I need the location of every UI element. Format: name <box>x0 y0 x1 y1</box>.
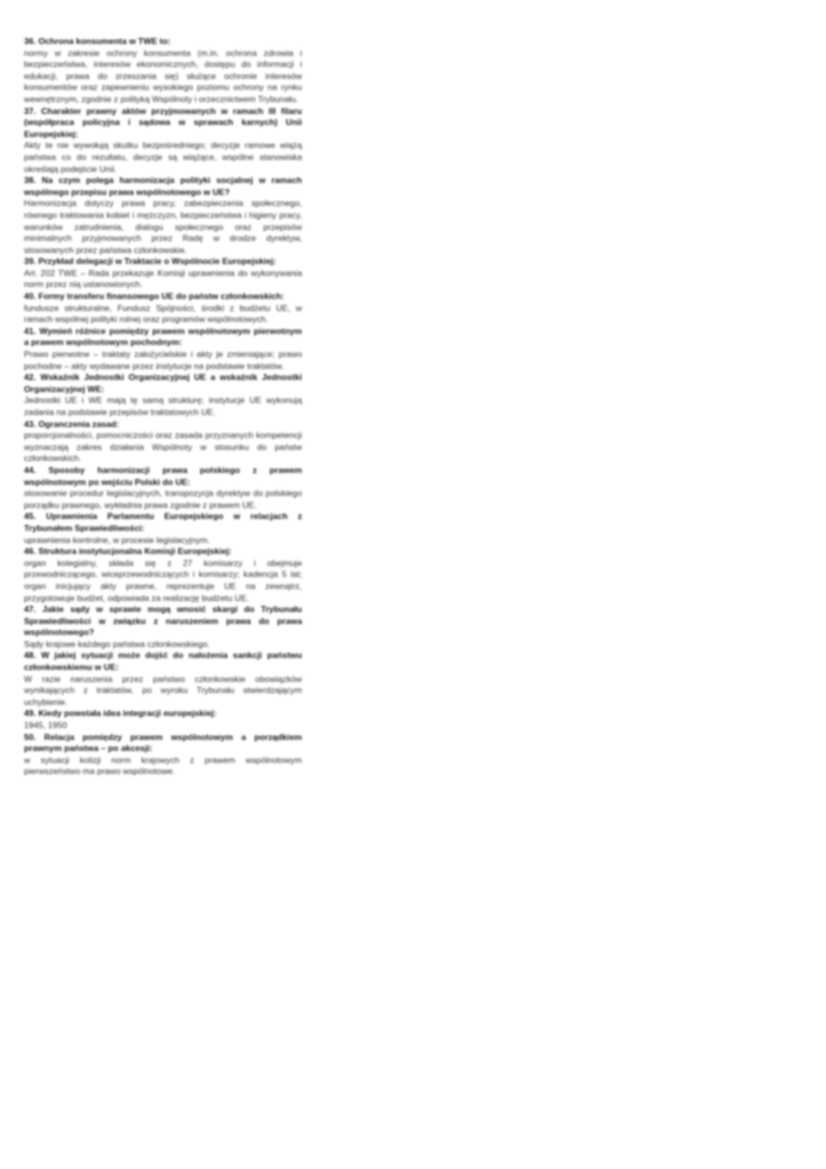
answer-text: Prawo pierwotne – traktaty założycielski… <box>24 349 302 372</box>
section-50: 50. Relacja pomiędzy prawem wspólnotowym… <box>24 732 302 778</box>
section-45: 45. Uprawnienia Parlamentu Europejskiego… <box>24 511 302 546</box>
question-heading: 36. Ochrona konsumenta w TWE to: <box>24 36 302 48</box>
question-heading: 41. Wymień różnice pomiędzy prawem wspól… <box>24 326 302 349</box>
question-heading: 43. Ogranczenia zasad: <box>24 419 302 431</box>
question-heading: 42. Wskaźnik Jednostki Organizacyjnej UE… <box>24 372 302 395</box>
answer-text: proporcjonalności, pomocniczości oraz za… <box>24 430 302 465</box>
answer-text: organ kolegialny, składa się z 27 komisa… <box>24 558 302 604</box>
answer-text: Jednostki UE i WE mają tę samą strukturę… <box>24 395 302 418</box>
section-49: 49. Kiedy powstała idea integracji europ… <box>24 708 302 731</box>
question-heading: 49. Kiedy powstała idea integracji europ… <box>24 708 302 720</box>
question-heading: 40. Formy transferu finansowego UE do pa… <box>24 291 302 303</box>
answer-text: Sądy krajowe każdego państwa członkowski… <box>24 639 302 651</box>
section-44: 44. Sposoby harmonizacji prawa polskiego… <box>24 465 302 511</box>
section-40: 40. Formy transferu finansowego UE do pa… <box>24 291 302 326</box>
question-heading: 45. Uprawnienia Parlamentu Europejskiego… <box>24 511 302 534</box>
section-46: 46. Struktura instytucjonalna Komisji Eu… <box>24 546 302 604</box>
answer-text: stosowanie procedur legislacyjnych, tran… <box>24 488 302 511</box>
answer-text: normy w zakresie ochrony konsumenta (m.i… <box>24 48 302 106</box>
question-heading: 44. Sposoby harmonizacji prawa polskiego… <box>24 465 302 488</box>
question-heading: 37. Charakter prawny aktów przyjmowanych… <box>24 106 302 141</box>
question-heading: 47. Jakie sądy w sprawie mogą wnosić ska… <box>24 604 302 639</box>
section-47: 47. Jakie sądy w sprawie mogą wnosić ska… <box>24 604 302 650</box>
section-48: 48. W jakiej sytuacji może dojść do nało… <box>24 650 302 708</box>
section-39: 39. Przykład delegacji w Traktacie o Wsp… <box>24 256 302 291</box>
section-36: 36. Ochrona konsumenta w TWE to: normy w… <box>24 36 302 106</box>
question-heading: 48. W jakiej sytuacji może dojść do nało… <box>24 650 302 673</box>
answer-text: w sytuacji kolizji norm krajowych z praw… <box>24 755 302 778</box>
section-38: 38. Na czym polega harmonizacja polityki… <box>24 175 302 256</box>
question-heading: 39. Przykład delegacji w Traktacie o Wsp… <box>24 256 302 268</box>
answer-text: Akty te nie wywołują skutku bezpośrednie… <box>24 140 302 175</box>
question-heading: 46. Struktura instytucjonalna Komisji Eu… <box>24 546 302 558</box>
answer-text: 1945, 1950 <box>24 720 302 732</box>
section-37: 37. Charakter prawny aktów przyjmowanych… <box>24 106 302 176</box>
answer-text: fundusze strukturalne, Fundusz Spójności… <box>24 303 302 326</box>
answer-text: W razie naruszenia przez państwo członko… <box>24 674 302 709</box>
document-page: 36. Ochrona konsumenta w TWE to: normy w… <box>24 36 302 778</box>
answer-text: Harmonizacja dotyczy prawa pracy, zabezp… <box>24 198 302 256</box>
question-heading: 50. Relacja pomiędzy prawem wspólnotowym… <box>24 732 302 755</box>
section-42: 42. Wskaźnik Jednostki Organizacyjnej UE… <box>24 372 302 418</box>
answer-text: Art. 202 TWE – Rada przekazuje Komisji u… <box>24 268 302 291</box>
section-43: 43. Ogranczenia zasad: proporcjonalności… <box>24 419 302 465</box>
answer-text: uprawnienia kontrolne, w procesie legisl… <box>24 535 302 547</box>
section-41: 41. Wymień różnice pomiędzy prawem wspól… <box>24 326 302 372</box>
question-heading: 38. Na czym polega harmonizacja polityki… <box>24 175 302 198</box>
